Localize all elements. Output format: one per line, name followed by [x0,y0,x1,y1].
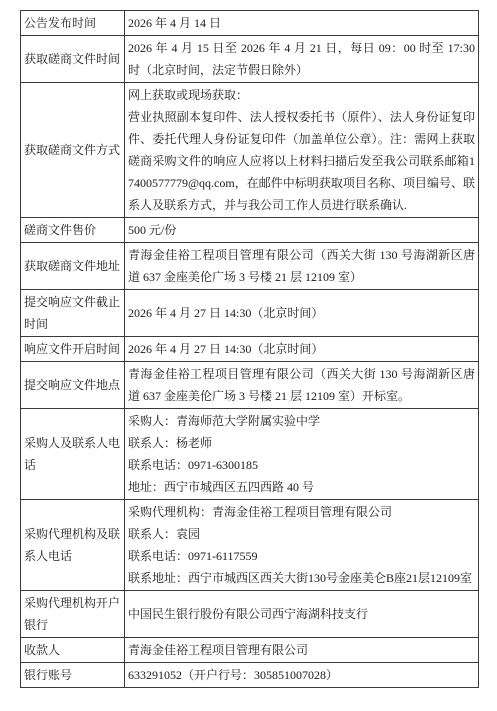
row-label: 采购代理机构及联系人电话 [21,500,125,591]
row-value: 2026 年 4 月 27 日 14:30（北京时间） [125,337,479,362]
value-line: 联系地址：西宁市城西区西关大街130号金座美仑B座21层12109室 [128,567,475,589]
row-label: 获取磋商文件地址 [21,243,125,290]
table-row: 提交响应文件地点 青海金佳裕工程项目管理有限公司（西关大街 130 号海湖新区唐… [21,362,479,409]
table-row: 获取磋商文件时间 2026 年 4 月 15 日至 2026 年 4 月 21 … [21,36,479,83]
announcement-page: 公告发布时间 2026 年 4 月 14 日 获取磋商文件时间 2026 年 4… [0,0,497,711]
table-row: 采购代理机构及联系人电话 采购代理机构：青海金佳裕工程项目管理有限公司 联系人：… [21,500,479,591]
row-value: 中国民生银行股份有限公司西宁海湖科技支行 [125,591,479,638]
row-label: 采购人及联系人电话 [21,409,125,500]
value-line: 中国民生银行股份有限公司西宁海湖科技支行 [128,603,475,625]
value-line: 地址：西宁市城西区五四西路 40 号 [128,476,475,498]
table-row: 采购人及联系人电话 采购人：青海师范大学附属实验中学 联系人：杨老师 联系电话：… [21,409,479,500]
value-line: 2026 年 4 月 14 日 [128,12,475,34]
value-line: 2026 年 4 月 15 日至 2026 年 4 月 21 日，每日 09：0… [128,37,475,81]
row-value: 633291052（开户行号：305851007028） [125,663,479,688]
value-line: 500 元/份 [128,219,475,241]
value-line: 633291052（开户行号：305851007028） [128,664,475,686]
table-row: 收款人 青海金佳裕工程项目管理有限公司 [21,638,479,663]
value-line: 2026 年 4 月 27 日 14:30（北京时间） [128,338,475,360]
value-line: 营业执照副本复印件、法人授权委托书（原件）、法人身份证复印件、委托代理人身份证复… [128,106,475,216]
row-value: 网上获取或现场获取： 营业执照副本复印件、法人授权委托书（原件）、法人身份证复印… [125,83,479,218]
table-row: 提交响应文件截止时间 2026 年 4 月 27 日 14:30（北京时间） [21,290,479,337]
row-value: 500 元/份 [125,218,479,243]
value-line: 2026 年 4 月 27 日 14:30（北京时间） [128,302,475,324]
table-row: 获取磋商文件方式 网上获取或现场获取： 营业执照副本复印件、法人授权委托书（原件… [21,83,479,218]
row-value: 2026 年 4 月 15 日至 2026 年 4 月 21 日，每日 09：0… [125,36,479,83]
row-value: 青海金佳裕工程项目管理有限公司（西关大街 130 号海湖新区唐道 637 金座美… [125,243,479,290]
row-value: 青海金佳裕工程项目管理有限公司（西关大街 130 号海湖新区唐道 637 金座美… [125,362,479,409]
row-value: 采购人：青海师范大学附属实验中学 联系人：杨老师 联系电话：0971-63001… [125,409,479,500]
row-label: 采购代理机构开户银行 [21,591,125,638]
table-row: 磋商文件售价 500 元/份 [21,218,479,243]
value-line: 网上获取或现场获取： [128,84,475,106]
row-label: 提交响应文件地点 [21,362,125,409]
table-row: 采购代理机构开户银行 中国民生银行股份有限公司西宁海湖科技支行 [21,591,479,638]
row-label: 提交响应文件截止时间 [21,290,125,337]
value-line: 青海金佳裕工程项目管理有限公司（西关大街 130 号海湖新区唐道 637 金座美… [128,363,475,407]
row-value: 2026 年 4 月 14 日 [125,11,479,36]
row-value: 采购代理机构：青海金佳裕工程项目管理有限公司 联系人：袁园 联系电话：0971-… [125,500,479,591]
value-line: 青海金佳裕工程项目管理有限公司 [128,639,475,661]
value-line: 联系电话：0971-6300185 [128,454,475,476]
row-label: 获取磋商文件时间 [21,36,125,83]
row-label: 响应文件开启时间 [21,337,125,362]
value-line: 联系电话：0971-6117559 [128,545,475,567]
value-line: 联系人：杨老师 [128,432,475,454]
value-line: 联系人：袁园 [128,523,475,545]
value-line: 采购代理机构：青海金佳裕工程项目管理有限公司 [128,501,475,523]
table-row: 获取磋商文件地址 青海金佳裕工程项目管理有限公司（西关大街 130 号海湖新区唐… [21,243,479,290]
row-label: 磋商文件售价 [21,218,125,243]
table-row: 银行账号 633291052（开户行号：305851007028） [21,663,479,688]
row-label: 获取磋商文件方式 [21,83,125,218]
row-value: 青海金佳裕工程项目管理有限公司 [125,638,479,663]
value-line: 采购人：青海师范大学附属实验中学 [128,410,475,432]
table-row: 公告发布时间 2026 年 4 月 14 日 [21,11,479,36]
value-line: 青海金佳裕工程项目管理有限公司（西关大街 130 号海湖新区唐道 637 金座美… [128,244,475,288]
procurement-info-table: 公告发布时间 2026 年 4 月 14 日 获取磋商文件时间 2026 年 4… [20,10,479,688]
row-label: 收款人 [21,638,125,663]
row-value: 2026 年 4 月 27 日 14:30（北京时间） [125,290,479,337]
table-row: 响应文件开启时间 2026 年 4 月 27 日 14:30（北京时间） [21,337,479,362]
row-label: 公告发布时间 [21,11,125,36]
row-label: 银行账号 [21,663,125,688]
